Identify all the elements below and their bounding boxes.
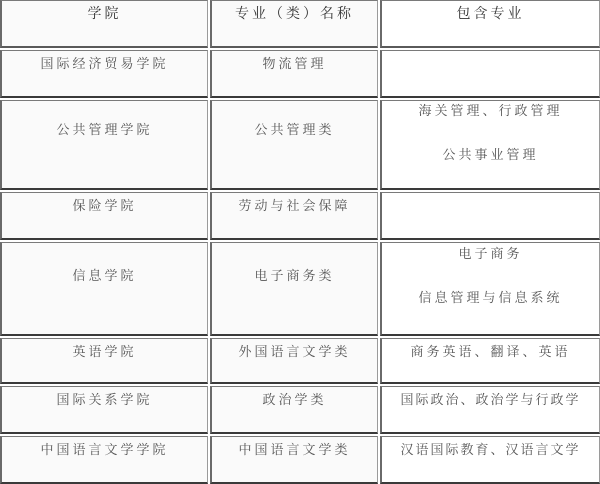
row-3-included-majors: [380, 192, 600, 240]
row-7-included-majors: 汉语国际教育、汉语言文学: [380, 436, 600, 484]
row-1-college: 国际经济贸易学院: [0, 50, 208, 98]
row-6-college: 国际关系学院: [0, 386, 208, 434]
included-major-line: 海关管理、行政管理: [382, 104, 599, 120]
row-6-included-majors: 国际政治、政治学与行政学: [380, 386, 600, 434]
row-3-college: 保险学院: [0, 192, 208, 240]
row-5-included-majors: 商务英语、翻译、英语: [380, 338, 600, 384]
majors-table: 学院 专业（类）名称 包含专业 国际经济贸易学院 物流管理 公共管理学院 公共管…: [0, 0, 600, 484]
row-2-included-majors: 海关管理、行政管理 公共事业管理: [380, 100, 600, 190]
row-2-major-category: 公共管理类: [210, 100, 378, 190]
row-7-major-category: 中国语言文学类: [210, 436, 378, 484]
row-4-major-category: 电子商务类: [210, 242, 378, 336]
included-major-line: 公共事业管理: [382, 148, 599, 164]
header-college: 学院: [0, 0, 208, 48]
header-major-category: 专业（类）名称: [210, 0, 378, 48]
row-4-included-majors: 电子商务 信息管理与信息系统: [380, 242, 600, 336]
row-2-college: 公共管理学院: [0, 100, 208, 190]
included-major-line: 信息管理与信息系统: [382, 291, 599, 307]
row-4-college: 信息学院: [0, 242, 208, 336]
row-6-major-category: 政治学类: [210, 386, 378, 434]
row-1-major-category: 物流管理: [210, 50, 378, 98]
row-5-major-category: 外国语言文学类: [210, 338, 378, 384]
row-7-college: 中国语言文学学院: [0, 436, 208, 484]
header-included-majors: 包含专业: [380, 0, 600, 48]
row-5-college: 英语学院: [0, 338, 208, 384]
included-major-line: 电子商务: [382, 247, 599, 263]
row-1-included-majors: [380, 50, 600, 98]
row-3-major-category: 劳动与社会保障: [210, 192, 378, 240]
